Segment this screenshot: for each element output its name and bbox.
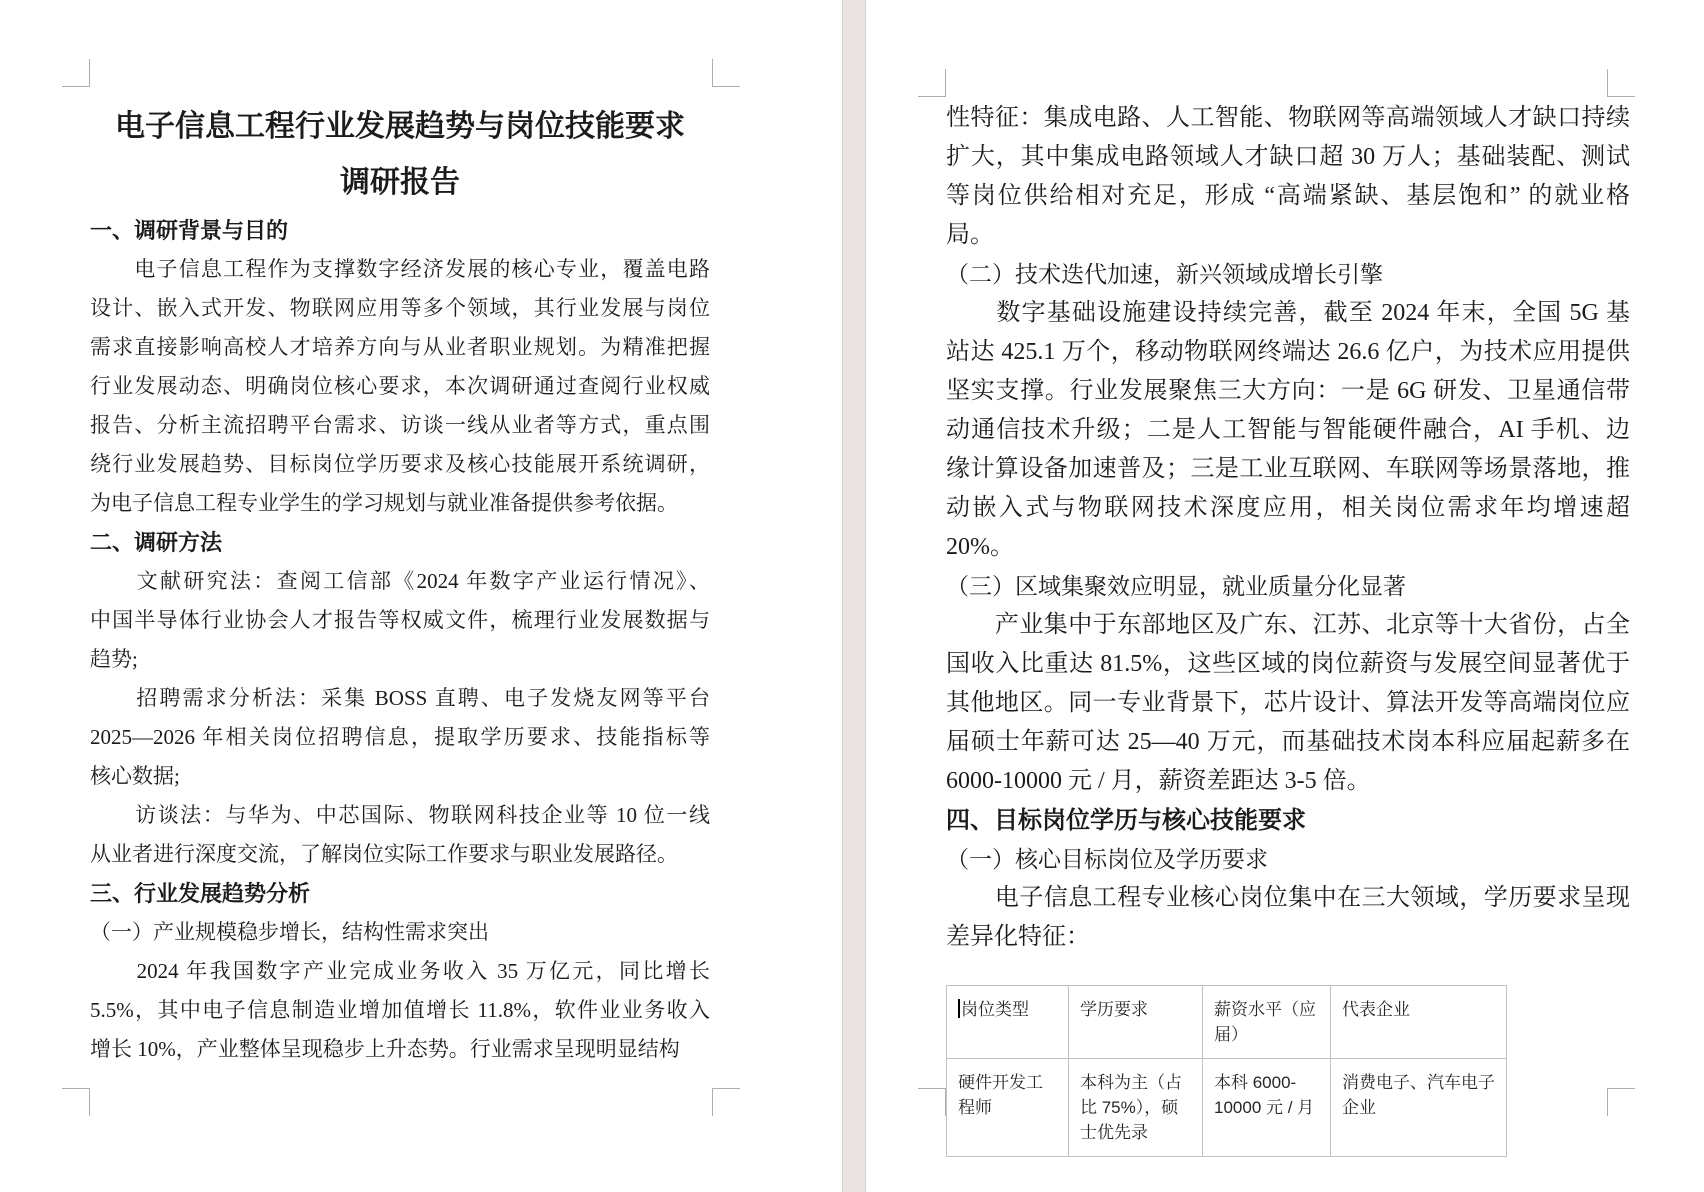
margin-corner-mark: [918, 1088, 946, 1116]
text-line: 缘计算设备加速普及；三是工业互联网、车联网等场景落地，推: [946, 450, 1630, 489]
margin-corner-mark: [712, 1088, 740, 1116]
text-line: 等岗位供给相对充足，形成 “高端紧缺、基层饱和” 的就业格: [946, 177, 1630, 216]
section-heading: （二）技术迭代加速，新兴领域成增长引擎: [946, 255, 1630, 294]
section-heading: 一、调研背景与目的: [90, 211, 710, 250]
text-line: 差异化特征：: [946, 918, 1630, 957]
text-line: 其他地区。同一专业背景下，芯片设计、算法开发等高端岗位应: [946, 684, 1630, 723]
table-header-cell[interactable]: 代表企业: [1331, 986, 1507, 1059]
table-row: 硬件开发工程师本科为主（占比 75%），硕士优先录本科 6000-10000 元…: [947, 1059, 1507, 1157]
text-line: 国收入比重达 81.5%，这些区域的岗位薪资与发展空间显著优于: [946, 645, 1630, 684]
table-header-cell[interactable]: 岗位类型: [947, 986, 1069, 1059]
text-line: 动嵌入式与物联网技术深度应用，相关岗位需求年均增速超 20%。: [946, 489, 1630, 567]
document-title-line: 调研报告: [90, 155, 710, 211]
text-line: 动通信技术升级；二是人工智能与智能硬件融合，AI 手机、边: [946, 411, 1630, 450]
page-1-text-area[interactable]: 电子信息工程行业发展趋势与岗位技能要求调研报告 一、调研背景与目的 电子信息工程…: [90, 99, 710, 1069]
section-heading: （一）核心目标岗位及学历要求: [946, 840, 1630, 879]
text-line: 6000-10000 元 / 月，薪资差距达 3-5 倍。: [946, 762, 1630, 801]
text-line: 数字基础设施建设持续完善，截至 2024 年末，全国 5G 基: [946, 294, 1630, 333]
text-line: 5.5%，其中电子信息制造业增加值增长 11.8%，软件业业务收入: [90, 991, 710, 1030]
table-header-cell[interactable]: 薪资水平（应届）: [1203, 986, 1331, 1059]
table-cell[interactable]: 本科 6000-10000 元 / 月: [1203, 1059, 1331, 1157]
margin-corner-mark: [62, 1088, 90, 1116]
table-cell[interactable]: 硬件开发工程师: [947, 1059, 1069, 1157]
page-2-body: 性特征：集成电路、人工智能、物联网等高端领域人才缺口持续扩大，其中集成电路领域人…: [946, 99, 1630, 1157]
text-line: 访谈法：与华为、中芯国际、物联网科技企业等 10 位一线: [90, 796, 710, 835]
text-line: 扩大，其中集成电路领域人才缺口超 30 万人；基础装配、测试: [946, 138, 1630, 177]
section-heading: 二、调研方法: [90, 523, 710, 562]
document-view: 电子信息工程行业发展趋势与岗位技能要求调研报告 一、调研背景与目的 电子信息工程…: [0, 0, 1704, 1192]
text-line: 趋势;: [90, 640, 710, 679]
text-line: 核心数据;: [90, 757, 710, 796]
text-line: 报告、分析主流招聘平台需求、访谈一线从业者等方式，重点围: [90, 406, 710, 445]
text-line: 行业发展动态、明确岗位核心要求，本次调研通过查阅行业权威: [90, 367, 710, 406]
section-heading: （一）产业规模稳步增长，结构性需求突出: [90, 913, 710, 952]
text-line: 设计、嵌入式开发、物联网应用等多个领域，其行业发展与岗位: [90, 289, 710, 328]
text-line: 坚实支撑。行业发展聚焦三大方向：一是 6G 研发、卫星通信带: [946, 372, 1630, 411]
margin-corner-mark: [62, 59, 90, 87]
text-line: 中国半导体行业协会人才报告等权威文件，梳理行业发展数据与: [90, 601, 710, 640]
section-heading: 三、行业发展趋势分析: [90, 874, 710, 913]
table-header-row: 岗位类型学历要求薪资水平（应届）代表企业: [947, 986, 1507, 1059]
margin-corner-mark: [918, 69, 946, 97]
table-header-cell[interactable]: 学历要求: [1069, 986, 1203, 1059]
text-line: 从业者进行深度交流，了解岗位实际工作要求与职业发展路径。: [90, 835, 710, 874]
text-line: 产业集中于东部地区及广东、江苏、北京等十大省份，占全: [946, 606, 1630, 645]
text-line: 站达 425.1 万个，移动物联网终端达 26.6 亿户，为技术应用提供: [946, 333, 1630, 372]
table-cell[interactable]: 消费电子、汽车电子企业: [1331, 1059, 1507, 1157]
text-line: 为电子信息工程专业学生的学习规划与就业准备提供参考依据。: [90, 484, 710, 523]
table-cell[interactable]: 本科为主（占比 75%），硕士优先录: [1069, 1059, 1203, 1157]
text-line: 招聘需求分析法：采集 BOSS 直聘、电子发烧友网等平台: [90, 679, 710, 718]
section-heading: 四、目标岗位学历与核心技能要求: [946, 801, 1630, 840]
text-line: 局。: [946, 216, 1630, 255]
page-2-text-area[interactable]: 性特征：集成电路、人工智能、物联网等高端领域人才缺口持续扩大，其中集成电路领域人…: [946, 99, 1630, 1157]
text-cursor-caret: [958, 999, 960, 1018]
text-line: 性特征：集成电路、人工智能、物联网等高端领域人才缺口持续: [946, 99, 1630, 138]
margin-corner-mark: [1607, 69, 1635, 97]
text-line: 届硕士年薪可达 25—40 万元，而基础技术岗本科应届起薪多在: [946, 723, 1630, 762]
text-line: 文献研究法：查阅工信部《2024 年数字产业运行情况》、: [90, 562, 710, 601]
text-line: 绕行业发展趋势、目标岗位学历要求及核心技能展开系统调研，: [90, 445, 710, 484]
text-line: 2025—2026 年相关岗位招聘信息，提取学历要求、技能指标等: [90, 718, 710, 757]
document-title-line: 电子信息工程行业发展趋势与岗位技能要求: [90, 99, 710, 155]
section-heading: （三）区域集聚效应明显，就业质量分化显著: [946, 567, 1630, 606]
text-line: 需求直接影响高校人才培养方向与从业者职业规划。为精准把握: [90, 328, 710, 367]
document-title: 电子信息工程行业发展趋势与岗位技能要求调研报告: [90, 99, 710, 211]
margin-corner-mark: [712, 59, 740, 87]
job-requirements-table: 岗位类型学历要求薪资水平（应届）代表企业硬件开发工程师本科为主（占比 75%），…: [946, 985, 1507, 1157]
text-line: 2024 年我国数字产业完成业务收入 35 万亿元，同比增长: [90, 952, 710, 991]
page-gap: [842, 0, 866, 1192]
page-1-body: 一、调研背景与目的 电子信息工程作为支撑数字经济发展的核心专业，覆盖电路设计、嵌…: [90, 211, 710, 1069]
text-line: 增长 10%，产业整体呈现稳步上升态势。行业需求呈现明显结构: [90, 1030, 710, 1069]
text-line: 电子信息工程专业核心岗位集中在三大领域，学历要求呈现: [946, 879, 1630, 918]
text-line: 电子信息工程作为支撑数字经济发展的核心专业，覆盖电路: [90, 250, 710, 289]
